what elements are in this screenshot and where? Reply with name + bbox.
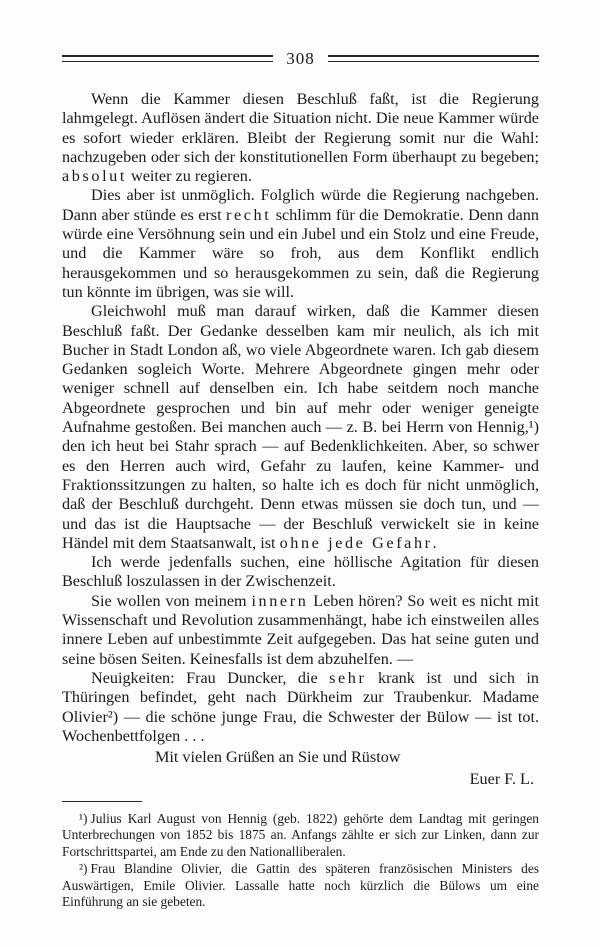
footnote-marker: ²)	[79, 861, 90, 876]
letter-body: Wenn die Kammer diesen Beschluß faßt, is…	[62, 90, 539, 746]
book-page: 308 Wenn die Kammer diesen Beschluß faßt…	[0, 0, 600, 947]
paragraph: Dies aber ist unmöglich. Folglich würde …	[62, 186, 539, 302]
paragraph-text: Neuigkeiten: Frau Duncker, die	[91, 669, 329, 687]
emphasized-text: sehr	[329, 669, 366, 687]
paragraph-text: weiter zu regieren.	[127, 167, 252, 185]
emphasized-text: recht	[226, 206, 271, 224]
paragraph-text: .	[433, 534, 437, 552]
footnote-text: Julius Karl August von Hennig (geb. 1822…	[62, 811, 539, 859]
paragraph: Sie wollen von meinem innern Leben hören…	[62, 592, 539, 669]
paragraph: Ich werde jedenfalls suchen, eine höllis…	[62, 553, 539, 592]
page-header: 308	[62, 50, 539, 67]
header-rule-left	[62, 55, 273, 62]
footnote-text: Frau Blandine Olivier, die Gattin des sp…	[62, 861, 539, 909]
emphasized-text: absolut	[62, 167, 127, 185]
paragraph-text: Ich werde jedenfalls suchen, eine höllis…	[62, 553, 539, 590]
paragraph-text: Wenn die Kammer diesen Beschluß faßt, is…	[62, 90, 539, 166]
footnote-marker: ¹)	[79, 811, 90, 826]
footnote: ²)Frau Blandine Olivier, die Gattin des …	[62, 861, 539, 911]
footnote-separator	[62, 801, 142, 802]
page-number: 308	[286, 50, 315, 67]
paragraph: Neuigkeiten: Frau Duncker, die sehr kran…	[62, 669, 539, 746]
paragraph-text: Gleichwohl muß man darauf wirken, daß di…	[62, 302, 539, 552]
emphasized-text: ohne jede Gefahr	[280, 534, 433, 552]
footnotes: ¹)Julius Karl August von Hennig (geb. 18…	[62, 811, 539, 911]
footnote: ¹)Julius Karl August von Hennig (geb. 18…	[62, 811, 539, 861]
paragraph: Wenn die Kammer diesen Beschluß faßt, is…	[62, 90, 539, 186]
emphasized-text: innern	[251, 592, 308, 610]
closing-signature: Euer F. L.	[62, 770, 539, 789]
closing-salutation: Mit vielen Grüßen an Sie und Rüstow	[62, 748, 539, 767]
header-rule-right	[328, 55, 539, 62]
paragraph-text: Sie wollen von meinem	[91, 592, 251, 610]
paragraph: Gleichwohl muß man darauf wirken, daß di…	[62, 302, 539, 553]
